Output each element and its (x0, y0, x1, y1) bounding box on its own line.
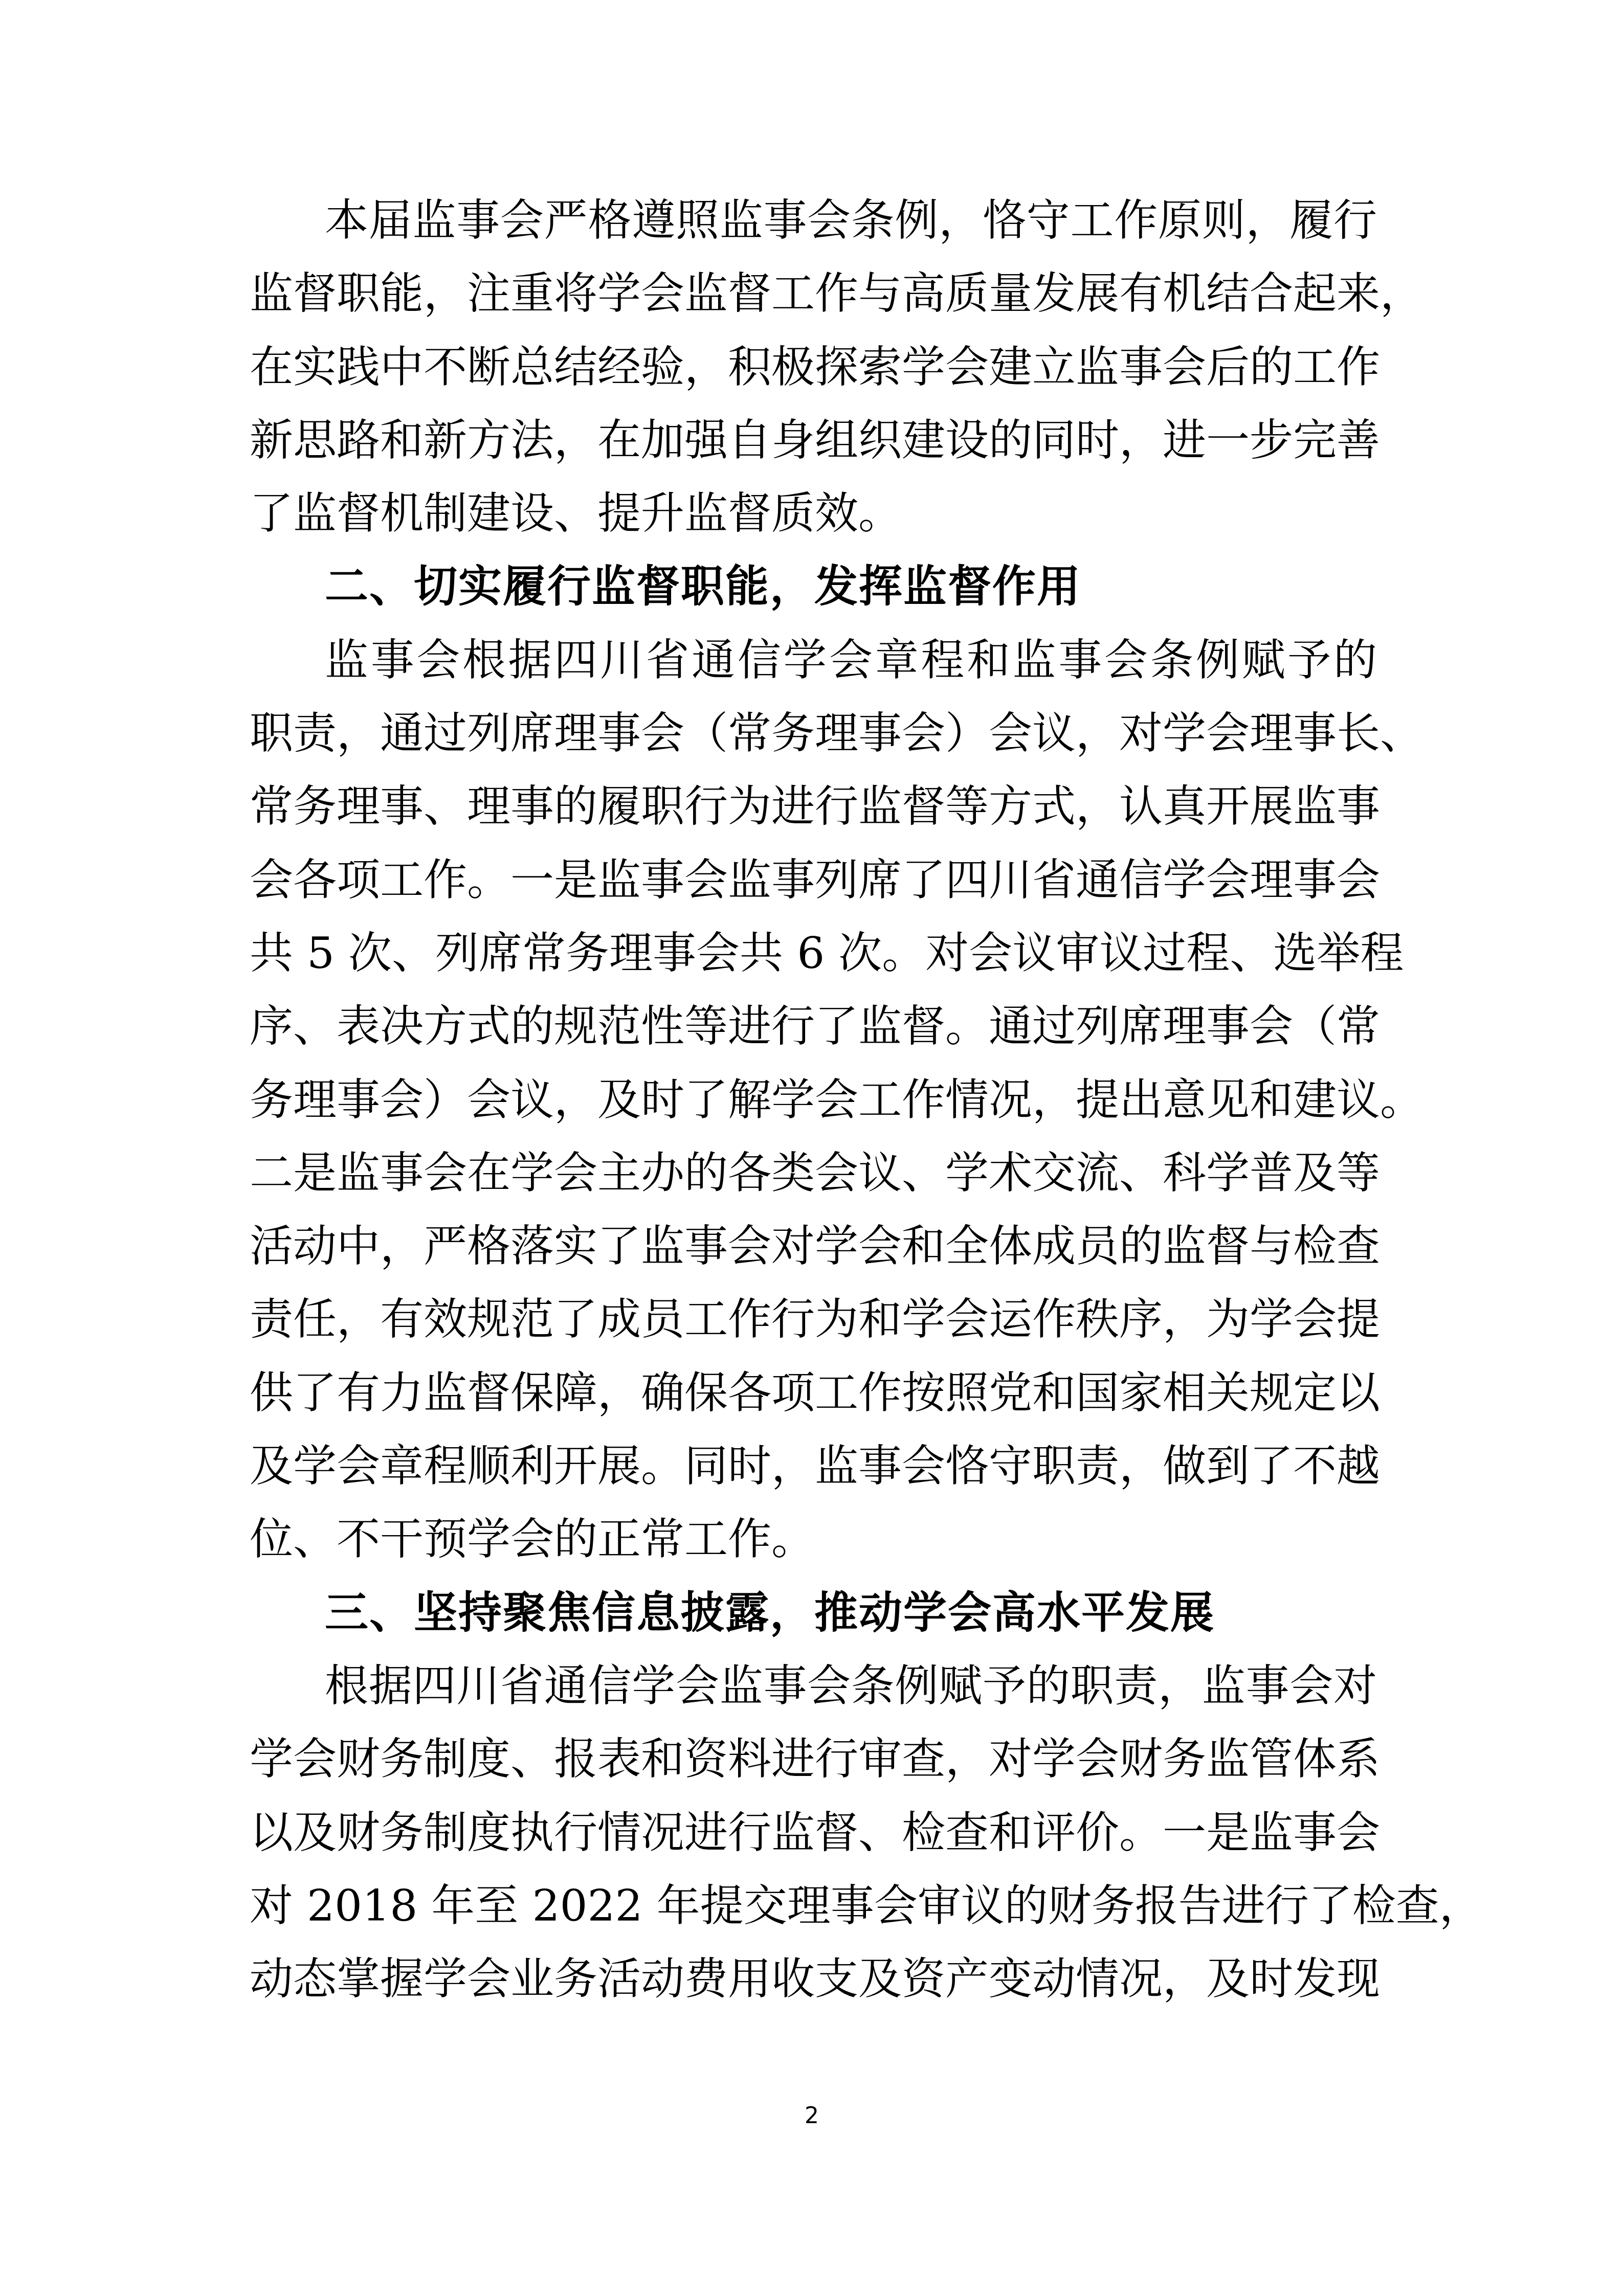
document-body: 本届监事会严格遵照监事会条例，恪守工作原则，履行 监督职能，注重将学会监督工作与… (250, 184, 1377, 2016)
paragraph-2-line-3: 常务理事、理事的履职行为进行监督等方式，认真开展监事 (250, 770, 1377, 843)
paragraph-2-line-7: 务理事会）会议，及时了解学会工作情况，提出意见和建议。 (250, 1064, 1377, 1137)
paragraph-3-line-4: 对 2018 年至 2022 年提交理事会审议的财务报告进行了检查， (250, 1870, 1377, 1943)
paragraph-3-line-3: 以及财务制度执行情况进行监督、检查和评价。一是监事会 (250, 1796, 1377, 1870)
paragraph-3-line-1: 根据四川省通信学会监事会条例赋予的职责，监事会对 (250, 1650, 1377, 1723)
paragraph-2-line-1: 监事会根据四川省通信学会章程和监事会条例赋予的 (250, 624, 1377, 697)
paragraph-1-line-3: 在实践中不断总结经验，积极探索学会建立监事会后的工作 (250, 331, 1377, 404)
paragraph-3-line-5: 动态掌握学会业务活动费用收支及资产变动情况，及时发现 (250, 1943, 1377, 2016)
paragraph-1-line-5: 了监督机制建设、提升监督质效。 (250, 477, 1377, 550)
paragraph-2-line-6: 序、表决方式的规范性等进行了监督。通过列席理事会（常 (250, 990, 1377, 1063)
paragraph-3-line-2: 学会财务制度、报表和资料进行审查，对学会财务监管体系 (250, 1723, 1377, 1796)
paragraph-2-line-13: 位、不干预学会的正常工作。 (250, 1503, 1377, 1576)
paragraph-2-line-4: 会各项工作。一是监事会监事列席了四川省通信学会理事会 (250, 844, 1377, 917)
paragraph-2-line-5: 共 5 次、列席常务理事会共 6 次。对会议审议过程、选举程 (250, 917, 1377, 990)
document-page: 本届监事会严格遵照监事会条例，恪守工作原则，履行 监督职能，注重将学会监督工作与… (0, 0, 1624, 2296)
paragraph-2-line-2: 职责，通过列席理事会（常务理事会）会议，对学会理事长、 (250, 697, 1377, 770)
paragraph-2-line-12: 及学会章程顺利开展。同时，监事会恪守职责，做到了不越 (250, 1430, 1377, 1503)
section-heading-2: 二、切实履行监督职能，发挥监督作用 (250, 550, 1377, 623)
paragraph-1-line-2: 监督职能，注重将学会监督工作与高质量发展有机结合起来， (250, 257, 1377, 330)
page-number: 2 (786, 2102, 837, 2130)
paragraph-2-line-9: 活动中，严格落实了监事会对学会和全体成员的监督与检查 (250, 1210, 1377, 1283)
paragraph-2-line-10: 责任，有效规范了成员工作行为和学会运作秩序，为学会提 (250, 1283, 1377, 1356)
paragraph-2-line-8: 二是监事会在学会主办的各类会议、学术交流、科学普及等 (250, 1137, 1377, 1210)
paragraph-1-line-4: 新思路和新方法，在加强自身组织建设的同时，进一步完善 (250, 404, 1377, 477)
paragraph-1-line-1: 本届监事会严格遵照监事会条例，恪守工作原则，履行 (250, 184, 1377, 257)
section-heading-3: 三、坚持聚焦信息披露，推动学会高水平发展 (250, 1577, 1377, 1650)
paragraph-2-line-11: 供了有力监督保障，确保各项工作按照党和国家相关规定以 (250, 1357, 1377, 1430)
